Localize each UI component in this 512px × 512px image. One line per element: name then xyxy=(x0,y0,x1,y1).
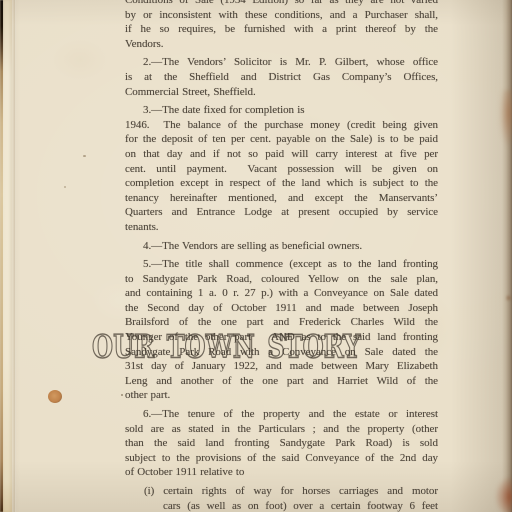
text-line: Quarters and Entrance Lodge at present o… xyxy=(125,205,438,220)
right-edge-speck xyxy=(506,294,511,302)
paper-speck xyxy=(83,155,86,157)
text-line: to Sandygate Park Road, coloured Yellow … xyxy=(125,272,438,287)
text-line: 3.—The date fixed for completion is xyxy=(125,103,438,118)
text-line: Leng and another of the one part and Har… xyxy=(125,374,438,389)
clause-3-completion: 3.—The date fixed for completion is1946.… xyxy=(125,103,438,234)
text-line: Brailsford of the one part and Frederick… xyxy=(125,315,438,330)
watermark-text: OUR TOWN STORY xyxy=(92,329,360,366)
text-line: Vendors. xyxy=(125,37,438,52)
text-line: 1946. The balance of the purchase money … xyxy=(125,118,438,133)
text-block: Conditions of Sale (1934 Edition) so far… xyxy=(125,0,438,512)
text-line: completion except in respect of the land… xyxy=(125,176,438,191)
clause-4-beneficial-owners: 4.—The Vendors are selling as beneficial… xyxy=(125,239,438,254)
text-line: 2.—The Vendors’ Solicitor is Mr. P. Gilb… xyxy=(125,55,438,70)
text-line: of October 1911 relative to xyxy=(125,465,438,480)
text-line: is at the Sheffield and District Gas Com… xyxy=(125,70,438,85)
text-line: for the deposit of ten per cent. payable… xyxy=(125,132,438,147)
text-line: sold are as stated in the Particulars ; … xyxy=(125,422,438,437)
text-line: subject to the provisions of the said Co… xyxy=(125,451,438,466)
right-edge-smudge-top xyxy=(499,90,512,148)
text-line: than the said land fronting Sandygate Pa… xyxy=(125,436,438,451)
text-line: on that day and if not so paid will carr… xyxy=(125,147,438,162)
right-edge-smudge-bottom xyxy=(495,476,512,512)
text-line: Conditions of Sale (1934 Edition) so far… xyxy=(125,0,438,8)
rust-stain xyxy=(48,390,62,403)
clause-6-tenure: 6.—The tenure of the property and the es… xyxy=(125,407,438,480)
text-line: 5.—The title shall commence (except as t… xyxy=(125,257,438,272)
clause-6-subitem-i: (i) certain rights of way for horses car… xyxy=(125,484,438,512)
text-line: tenancy hereinafter mentioned, and excep… xyxy=(125,191,438,206)
text-line: by or inconsistent with these conditions… xyxy=(125,8,438,23)
text-line: (i) certain rights of way for horses car… xyxy=(163,484,438,499)
text-line: cent. until payment. Vacant possession w… xyxy=(125,162,438,177)
paper-speck xyxy=(64,186,66,188)
paper-speck xyxy=(121,394,123,396)
vertical-crease xyxy=(13,0,16,512)
left-page-edge xyxy=(3,0,12,512)
text-line: if he so requires, be furnished with a p… xyxy=(125,22,438,37)
text-line: 4.—The Vendors are selling as beneficial… xyxy=(125,239,438,254)
right-page-shadow xyxy=(502,0,512,512)
text-line: tenants. xyxy=(125,220,438,235)
text-line: cars (as well as on foot) over a certain… xyxy=(163,499,438,512)
text-line: and containing 1 a. 0 r. 27 p.) with a C… xyxy=(125,286,438,301)
text-line: Commercial Street, Sheffield. xyxy=(125,85,438,100)
text-line: 6.—The tenure of the property and the es… xyxy=(125,407,438,422)
clause-1-continuation: Conditions of Sale (1934 Edition) so far… xyxy=(125,0,438,51)
clause-2-solicitor: 2.—The Vendors’ Solicitor is Mr. P. Gilb… xyxy=(125,55,438,99)
text-line: the Second day of October 1911 and made … xyxy=(125,301,438,316)
scanned-document-photo: Conditions of Sale (1934 Edition) so far… xyxy=(0,0,512,512)
text-line: other part. xyxy=(125,388,438,403)
